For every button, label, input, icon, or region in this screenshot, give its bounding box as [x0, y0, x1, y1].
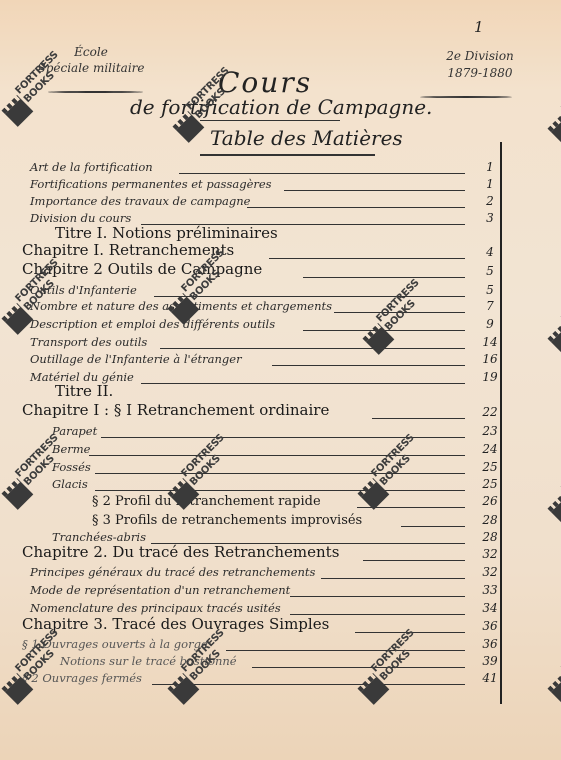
toc-leader-line	[179, 173, 465, 174]
toc-page-number: 36	[480, 637, 500, 651]
toc-row: Mode de représentation d'un retranchemen…	[0, 581, 500, 601]
toc-leader-line	[321, 578, 465, 579]
toc-leader-line	[226, 650, 465, 651]
toc-page-number: 39	[480, 654, 500, 668]
toc-entry-label: Berme	[52, 442, 90, 456]
toc-page-number: 1	[480, 177, 500, 191]
toc-entry-label: Fossés	[52, 460, 91, 474]
toc-page-number: 16	[480, 352, 500, 366]
toc-entry-label: Mode de représentation d'un retranchemen…	[30, 583, 290, 597]
divider-swash	[48, 91, 143, 93]
toc-page-number: 33	[480, 583, 500, 597]
toc-entry-label: Parapet	[52, 424, 97, 438]
table-heading-underline	[200, 154, 375, 156]
toc-row: Chapitre I : § I Retranchement ordinaire…	[0, 403, 500, 423]
toc-entry-label: § 3 Profils de retranchements improvisés	[92, 513, 362, 528]
toc-page-number: 4	[480, 245, 500, 259]
toc-page-number: 32	[480, 547, 500, 561]
toc-page-number: 5	[480, 264, 500, 278]
toc-row: Description et emploi des différents out…	[0, 315, 500, 335]
toc-row: Parapet23	[0, 422, 500, 442]
watermark-logo-icon: FORTRESSBOOKS	[528, 78, 561, 157]
toc-row: Principes généraux du tracé des retranch…	[0, 563, 500, 583]
toc-page-number: 24	[480, 442, 500, 456]
toc-entry-label: Nomenclature des principaux tracés usité…	[30, 601, 281, 615]
toc-row: Outillage de l'Infanterie à l'étranger16	[0, 350, 500, 370]
toc-page-number: 19	[480, 370, 500, 384]
divider-swash	[420, 96, 512, 98]
toc-leader-line	[160, 348, 465, 349]
toc-leader-line	[89, 455, 465, 456]
toc-page-number: 2	[480, 194, 500, 208]
toc-leader-line	[290, 596, 465, 597]
toc-page-number: 26	[480, 494, 500, 508]
toc-page-number: 28	[480, 513, 500, 527]
school-line-1: École	[6, 44, 176, 60]
toc-page-number: 36	[480, 619, 500, 633]
toc-page-number: 32	[480, 565, 500, 579]
castle-icon	[551, 117, 561, 145]
toc-page-number: 25	[480, 477, 500, 491]
toc-page-number: 34	[480, 601, 500, 615]
document-page: 1 École Spéciale militaire 2e Division 1…	[0, 0, 561, 760]
toc-entry-label: Fortifications permanentes et passagères	[30, 177, 272, 191]
toc-row: Berme24	[0, 440, 500, 460]
toc-entry-label: Chapitre I : § I Retranchement ordinaire	[22, 401, 329, 419]
toc-leader-line	[363, 560, 465, 561]
toc-leader-line	[303, 277, 465, 278]
toc-entry-label: Principes généraux du tracé des retranch…	[30, 565, 315, 579]
toc-row: Chapitre 2. Du tracé des Retranchements3…	[0, 545, 500, 565]
toc-page-number: 9	[480, 317, 500, 331]
watermark-logo-icon: FORTRESSBOOKS	[528, 458, 561, 537]
toc-page-number: 7	[480, 299, 500, 313]
toc-entry-label: Art de la fortification	[30, 160, 153, 174]
toc-page-number: 1	[480, 160, 500, 174]
toc-page-number: 22	[480, 405, 500, 419]
toc-leader-line	[284, 190, 465, 191]
toc-entry-label: Division du cours	[30, 211, 131, 225]
castle-icon	[551, 497, 561, 525]
toc-entry-label: Tranchées-abris	[52, 530, 146, 544]
toc-row: § 2 Ouvrages fermés41	[0, 669, 500, 689]
toc-entry-label: Chapitre I. Retranchements	[22, 241, 234, 259]
toc-leader-line	[272, 365, 465, 366]
toc-leader-line	[401, 526, 465, 527]
toc-page-number: 28	[480, 530, 500, 544]
toc-entry-label: Chapitre 3. Tracé des Ouvrages Simples	[22, 615, 329, 633]
toc-page-number: 5	[480, 283, 500, 297]
toc-page-number: 23	[480, 424, 500, 438]
division-heading: 2e Division 1879-1880	[410, 48, 550, 82]
toc-entry-label: Titre I. Notions préliminaires	[55, 224, 278, 242]
watermark-logo-icon: FORTRESSBOOKS	[528, 638, 561, 717]
toc-page-number: 25	[480, 460, 500, 474]
toc-row: Chapitre 2 Outils de Campagne5	[0, 262, 500, 282]
toc-row: Chapitre 3. Tracé des Ouvrages Simples36	[0, 617, 500, 637]
page-column-rule	[500, 142, 502, 704]
toc-leader-line	[372, 418, 465, 419]
toc-entry-label: Titre II.	[55, 382, 113, 400]
toc-row: § 2 Profil du retranchement rapide26	[0, 492, 500, 512]
division-line-1: 2e Division	[410, 48, 550, 65]
toc-page-number: 3	[480, 211, 500, 225]
toc-entry-label: Outillage de l'Infanterie à l'étranger	[30, 352, 242, 366]
toc-page-number: 41	[480, 671, 500, 685]
page-number: 1	[474, 18, 484, 36]
castle-icon	[551, 677, 561, 705]
toc-row: Nombre et nature des assortiments et cha…	[0, 297, 500, 317]
toc-entry-label: Chapitre 2. Du tracé des Retranchements	[22, 543, 339, 561]
toc-entry-label: Transport des outils	[30, 335, 147, 349]
table-heading: Table des Matières	[210, 126, 403, 150]
toc-leader-line	[95, 473, 465, 474]
toc-leader-line	[247, 207, 465, 208]
toc-leader-line	[269, 258, 465, 259]
watermark-logo-icon: FORTRESSBOOKS	[528, 288, 561, 367]
castle-icon	[551, 327, 561, 355]
toc-page-number: 14	[480, 335, 500, 349]
toc-entry-label: Description et emploi des différents out…	[30, 317, 275, 331]
toc-entry-label: Importance des travaux de campagne	[30, 194, 250, 208]
division-line-2: 1879-1880	[410, 65, 550, 82]
